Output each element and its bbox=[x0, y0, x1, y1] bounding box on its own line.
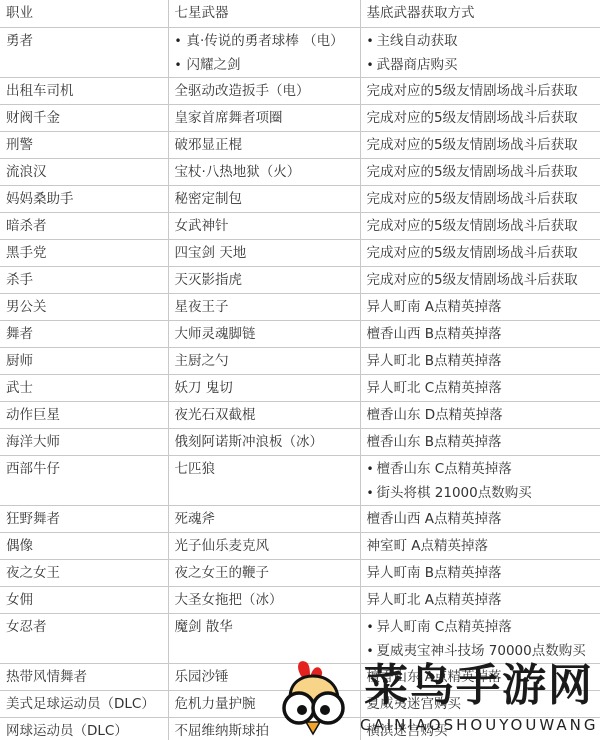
list-item: 异人町南 C点精英掉落 bbox=[367, 615, 595, 639]
table-row: 西部牛仔七匹狼檀香山东 C点精英掉落街头将棋 21000点数购买 bbox=[0, 455, 600, 505]
weapon-cell: 俄刻阿诺斯冲浪板（冰） bbox=[168, 428, 360, 455]
method-cell: 完成对应的5级友情剧场战斗后获取 bbox=[360, 266, 600, 293]
weapon-cell: 破邪显正棍 bbox=[168, 131, 360, 158]
method-cell: 完成对应的5级友情剧场战斗后获取 bbox=[360, 158, 600, 185]
method-cell: 檀香山西 B点精英掉落 bbox=[360, 320, 600, 347]
weapon-cell: 皇家首席舞者项圈 bbox=[168, 104, 360, 131]
weapon-cell: 真·传说的勇者球棒 （电）闪耀之剑 bbox=[168, 27, 360, 77]
weapon-cell: 夜之女王的鞭子 bbox=[168, 559, 360, 586]
job-cell: 美式足球运动员（DLC） bbox=[0, 690, 168, 717]
table-row: 黑手党四宝剑 天地完成对应的5级友情剧场战斗后获取 bbox=[0, 239, 600, 266]
list-item: 闪耀之剑 bbox=[175, 53, 354, 77]
table-row: 出租车司机全驱动改造扳手（电）完成对应的5级友情剧场战斗后获取 bbox=[0, 77, 600, 104]
list-item: 夏威夷宝神斗技场 70000点数购买 bbox=[367, 639, 595, 663]
weapon-cell: 天灭影指虎 bbox=[168, 266, 360, 293]
weapon-cell: 夜光石双截棍 bbox=[168, 401, 360, 428]
table-row: 厨师主厨之勺异人町北 B点精英掉落 bbox=[0, 347, 600, 374]
weapon-cell: 不屈维纳斯球拍 bbox=[168, 717, 360, 740]
job-cell: 财阀千金 bbox=[0, 104, 168, 131]
method-cell: 完成对应的5级友情剧场战斗后获取 bbox=[360, 131, 600, 158]
method-cell: 檀香山西 A点精英掉落 bbox=[360, 505, 600, 532]
list-item: 街头将棋 21000点数购买 bbox=[367, 481, 595, 505]
job-cell: 偶像 bbox=[0, 532, 168, 559]
job-cell: 流浪汉 bbox=[0, 158, 168, 185]
method-cell: 完成对应的5级友情剧场战斗后获取 bbox=[360, 212, 600, 239]
weapon-cell: 秘密定制包 bbox=[168, 185, 360, 212]
weapon-cell: 全驱动改造扳手（电） bbox=[168, 77, 360, 104]
table-row: 刑警破邪显正棍完成对应的5级友情剧场战斗后获取 bbox=[0, 131, 600, 158]
method-cell: 完成对应的5级友情剧场战斗后获取 bbox=[360, 104, 600, 131]
job-cell: 狂野舞者 bbox=[0, 505, 168, 532]
method-cell: 异人町北 A点精英掉落 bbox=[360, 586, 600, 613]
header-job: 职业 bbox=[0, 0, 168, 27]
table-row: 偶像光子仙乐麦克风神室町 A点精英掉落 bbox=[0, 532, 600, 559]
weapon-cell-list: 真·传说的勇者球棒 （电）闪耀之剑 bbox=[175, 29, 354, 77]
method-cell: 异人町南 B点精英掉落 bbox=[360, 559, 600, 586]
method-cell-list: 主线自动获取武器商店购买 bbox=[367, 29, 595, 77]
method-cell: 完成对应的5级友情剧场战斗后获取 bbox=[360, 185, 600, 212]
method-cell: 主线自动获取武器商店购买 bbox=[360, 27, 600, 77]
weapon-cell: 星夜王子 bbox=[168, 293, 360, 320]
method-cell: 檀香山东 A点精英掉落 bbox=[360, 663, 600, 690]
job-cell: 武士 bbox=[0, 374, 168, 401]
table-row: 武士妖刀 鬼切异人町北 C点精英掉落 bbox=[0, 374, 600, 401]
job-cell: 舞者 bbox=[0, 320, 168, 347]
table-row: 热带风情舞者乐园沙锤檀香山东 A点精英掉落 bbox=[0, 663, 600, 690]
table-row: 美式足球运动员（DLC）危机力量护腕夏威夷迷宫购买 bbox=[0, 690, 600, 717]
table-row: 暗杀者女武神针完成对应的5级友情剧场战斗后获取 bbox=[0, 212, 600, 239]
method-cell: 横滨迷宫购买 bbox=[360, 717, 600, 740]
weapon-cell: 四宝剑 天地 bbox=[168, 239, 360, 266]
weapon-cell: 大圣女拖把（冰） bbox=[168, 586, 360, 613]
job-cell: 勇者 bbox=[0, 27, 168, 77]
table-row: 女佣大圣女拖把（冰）异人町北 A点精英掉落 bbox=[0, 586, 600, 613]
job-cell: 黑手党 bbox=[0, 239, 168, 266]
job-cell: 西部牛仔 bbox=[0, 455, 168, 505]
table-row: 财阀千金皇家首席舞者项圈完成对应的5级友情剧场战斗后获取 bbox=[0, 104, 600, 131]
job-cell: 杀手 bbox=[0, 266, 168, 293]
table-row: 女忍者魔剑 散华异人町南 C点精英掉落夏威夷宝神斗技场 70000点数购买 bbox=[0, 613, 600, 663]
method-cell: 异人町南 C点精英掉落夏威夷宝神斗技场 70000点数购买 bbox=[360, 613, 600, 663]
job-cell: 动作巨星 bbox=[0, 401, 168, 428]
method-cell: 完成对应的5级友情剧场战斗后获取 bbox=[360, 77, 600, 104]
table-header-row: 职业 七星武器 基底武器获取方式 bbox=[0, 0, 600, 27]
job-cell: 厨师 bbox=[0, 347, 168, 374]
list-item: 武器商店购买 bbox=[367, 53, 595, 77]
weapon-cell: 光子仙乐麦克风 bbox=[168, 532, 360, 559]
job-cell: 暗杀者 bbox=[0, 212, 168, 239]
table-row: 网球运动员（DLC）不屈维纳斯球拍横滨迷宫购买 bbox=[0, 717, 600, 740]
weapon-cell: 危机力量护腕 bbox=[168, 690, 360, 717]
weapon-table: 职业 七星武器 基底武器获取方式 勇者真·传说的勇者球棒 （电）闪耀之剑主线自动… bbox=[0, 0, 600, 740]
method-cell: 檀香山东 B点精英掉落 bbox=[360, 428, 600, 455]
job-cell: 妈妈桑助手 bbox=[0, 185, 168, 212]
method-cell: 异人町北 B点精英掉落 bbox=[360, 347, 600, 374]
job-cell: 网球运动员（DLC） bbox=[0, 717, 168, 740]
table-row: 勇者真·传说的勇者球棒 （电）闪耀之剑主线自动获取武器商店购买 bbox=[0, 27, 600, 77]
method-cell: 神室町 A点精英掉落 bbox=[360, 532, 600, 559]
table-row: 舞者大师灵魂脚链檀香山西 B点精英掉落 bbox=[0, 320, 600, 347]
job-cell: 夜之女王 bbox=[0, 559, 168, 586]
weapon-cell: 死魂斧 bbox=[168, 505, 360, 532]
method-cell-list: 檀香山东 C点精英掉落街头将棋 21000点数购买 bbox=[367, 457, 595, 505]
job-cell: 热带风情舞者 bbox=[0, 663, 168, 690]
table-row: 男公关星夜王子异人町南 A点精英掉落 bbox=[0, 293, 600, 320]
weapon-cell: 宝杖·八热地狱（火） bbox=[168, 158, 360, 185]
method-cell-list: 异人町南 C点精英掉落夏威夷宝神斗技场 70000点数购买 bbox=[367, 615, 595, 663]
weapon-cell: 魔剑 散华 bbox=[168, 613, 360, 663]
weapon-cell: 乐园沙锤 bbox=[168, 663, 360, 690]
method-cell: 异人町南 A点精英掉落 bbox=[360, 293, 600, 320]
list-item: 主线自动获取 bbox=[367, 29, 595, 53]
method-cell: 檀香山东 C点精英掉落街头将棋 21000点数购买 bbox=[360, 455, 600, 505]
job-cell: 刑警 bbox=[0, 131, 168, 158]
table-row: 夜之女王夜之女王的鞭子异人町南 B点精英掉落 bbox=[0, 559, 600, 586]
table-row: 妈妈桑助手秘密定制包完成对应的5级友情剧场战斗后获取 bbox=[0, 185, 600, 212]
job-cell: 出租车司机 bbox=[0, 77, 168, 104]
table-row: 动作巨星夜光石双截棍檀香山东 D点精英掉落 bbox=[0, 401, 600, 428]
job-cell: 女忍者 bbox=[0, 613, 168, 663]
weapon-cell: 妖刀 鬼切 bbox=[168, 374, 360, 401]
table-row: 狂野舞者死魂斧檀香山西 A点精英掉落 bbox=[0, 505, 600, 532]
weapon-cell: 女武神针 bbox=[168, 212, 360, 239]
list-item: 真·传说的勇者球棒 （电） bbox=[175, 29, 354, 53]
weapon-cell: 七匹狼 bbox=[168, 455, 360, 505]
job-cell: 海洋大师 bbox=[0, 428, 168, 455]
header-method: 基底武器获取方式 bbox=[360, 0, 600, 27]
header-weapon: 七星武器 bbox=[168, 0, 360, 27]
method-cell: 完成对应的5级友情剧场战斗后获取 bbox=[360, 239, 600, 266]
table-row: 海洋大师俄刻阿诺斯冲浪板（冰）檀香山东 B点精英掉落 bbox=[0, 428, 600, 455]
method-cell: 异人町北 C点精英掉落 bbox=[360, 374, 600, 401]
weapon-cell: 大师灵魂脚链 bbox=[168, 320, 360, 347]
weapon-cell: 主厨之勺 bbox=[168, 347, 360, 374]
list-item: 檀香山东 C点精英掉落 bbox=[367, 457, 595, 481]
job-cell: 女佣 bbox=[0, 586, 168, 613]
job-cell: 男公关 bbox=[0, 293, 168, 320]
table-row: 流浪汉宝杖·八热地狱（火）完成对应的5级友情剧场战斗后获取 bbox=[0, 158, 600, 185]
table-row: 杀手天灭影指虎完成对应的5级友情剧场战斗后获取 bbox=[0, 266, 600, 293]
method-cell: 檀香山东 D点精英掉落 bbox=[360, 401, 600, 428]
method-cell: 夏威夷迷宫购买 bbox=[360, 690, 600, 717]
